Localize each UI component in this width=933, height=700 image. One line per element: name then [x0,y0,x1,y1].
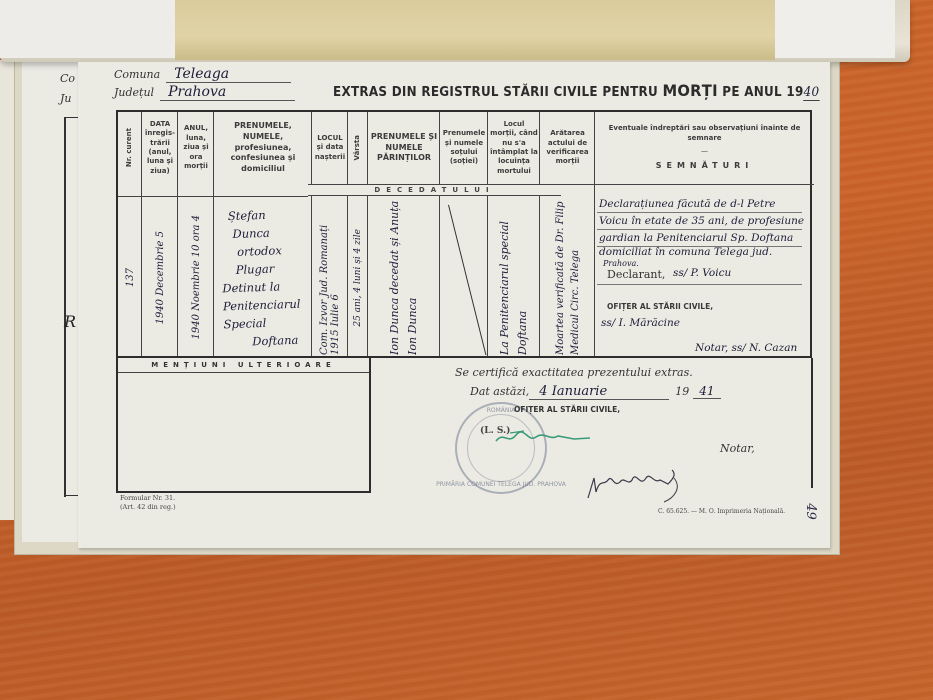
anul-mortii-value: 1940 Noembrie 10 ora 4 [191,215,202,339]
cell-nr-curent: 137 [118,200,142,355]
cell-aratarea: Moartea verificată de Dr. Filip Medicul … [540,200,595,355]
deceased-confession: ortodox [237,241,282,261]
stamp-top-text: ROMÂNIA [487,407,516,414]
mentiuni-ulterioare-box: MENȚIUNI ULTERIOARE [116,358,371,493]
document-title: EXTRAS DIN REGISTRUL STĂRII CIVILE PENTR… [333,81,819,100]
right-frame-border [811,358,813,488]
declaration-line-4: domiciliat în comuna Telega jud. [599,246,772,258]
empty-strike-line [448,205,488,355]
ofiter-label: OFIȚER AL STĂRII CIVILE, [607,302,713,311]
cell-sot [440,200,488,355]
stamp-bottom-text: PRIMĂRIA COMUNEI TELEGA JUD. PRAHOVA [436,481,566,488]
mentiuni-title: MENȚIUNI ULTERIOARE [118,358,369,373]
header-aratarea: Arătarea actului de verificarea morții [540,112,595,184]
deceased-domicile-3: Doftana [252,331,299,351]
flap-white-left [0,0,175,58]
signatures-area: Declarațiunea făcută de d-l Petre Voicu … [595,184,814,360]
declaration-rule-2 [597,229,802,230]
issue-year-value: 41 [693,384,720,399]
page-number: 49 [803,503,818,520]
declaration-line-2: Voicu în etate de 35 ani, de profesiune [599,215,804,227]
left-page-judetul-fragment: Ju [60,92,72,105]
cell-varsta: 25 ani, 4 luni și 4 zile [348,200,368,355]
notar-label: Notar, [720,442,755,455]
header-locul-nasterii: LOCUL și data nașterii [312,112,348,184]
header-anul: ANUL, luna, ziua și ora morții [178,112,214,184]
declarant-rule [597,284,802,285]
title-emphasis: MORȚI [662,81,717,100]
deceased-domicile-2: Special [223,314,266,333]
issue-year-prefix: 19 [675,385,689,398]
locul-mortii-value: La Penitenciarul special Doftana [496,200,532,355]
title-year-handwritten: 40 [804,85,820,101]
header-semnaturi: SEMNĂTURI [656,161,754,172]
title-suffix: PE ANUL 19 [718,85,804,100]
header-observatii-text: Eventuale îndreptări sau observațiuni în… [597,124,812,143]
deceased-first-name: Ștefan [228,206,266,225]
aratarea-value: Moartea verificată de Dr. Filip Medicul … [553,200,583,355]
certify-text: Se certifică exactitatea prezentului ext… [455,366,693,379]
judetul-label: Județul [114,86,154,99]
declaration-rule-1 [597,212,802,213]
judetul-value: Prahova [160,84,295,101]
comuna-value: Teleaga [166,66,291,83]
stamp-inner-ring [467,414,535,482]
ofiter-signature: ss/ I. Mărăcine [601,317,680,329]
header-varsta: Vârsta [348,112,368,184]
left-page-handwritten-mark: R [64,312,76,331]
header-varsta-text: Vârsta [353,135,362,160]
header-rule-left [118,196,308,197]
parinti-value: Ion Dunca decedat și Anuța Ion Dunca [386,200,422,355]
locul-nasterii-value: Com. Izvor Jud. Romanați 1915 Iulie 6 [319,200,341,355]
header-locul-mortii: Locul morții, când nu s'a întâmplat la l… [488,112,540,184]
declarant-label: Declarant, [607,268,665,281]
declaration-line-5: Prahova. [603,259,639,268]
cell-locul-nasterii: Com. Izvor Jud. Romanați 1915 Iulie 6 [312,200,348,355]
certification-ofiter-label: OFIȚER AL STĂRII CIVILE, [514,405,620,414]
declaration-line-1: Declarațiunea făcută de d-l Petre [599,198,775,210]
header-data: DATA înregis-trării (anul, luna și ziua) [142,112,178,184]
official-stamp: ROMÂNIA PRIMĂRIA COMUNEI TELEGA JUD. PRA… [455,402,547,494]
left-page-table-border [64,117,66,497]
deceased-domicile-1: Penitenciarul [223,295,301,316]
issue-date-value: 4 Ianuarie [529,384,669,400]
left-page-comuna-fragment: Co [60,72,75,85]
cell-data-inregistrarii: 1940 Decembrie 5 [142,200,178,355]
notar-signature-row: Notar, ss/ N. Cazan [695,342,797,354]
decedatului-band: DECEDATULUI [308,184,561,196]
form-number-line-2: (Art. 42 din reg.) [120,503,176,512]
judetul-field: Județul Prahova [114,84,295,101]
form-number-line-1: Formular Nr. 31. [120,494,176,503]
folded-top-flap [0,0,910,62]
green-signature-icon [494,427,594,447]
deceased-last-name: Dunca [232,224,270,243]
header-dash: — [701,147,708,156]
death-certificate-extract: Comuna Teleaga Județul Prahova EXTRAS DI… [78,62,830,548]
header-nr-curent: Nr. curent [118,112,142,184]
cell-anul-mortii: 1940 Noembrie 10 ora 4 [178,200,214,355]
header-observatii: Eventuale îndreptări sau observațiuni în… [595,112,814,184]
varsta-value: 25 ani, 4 luni și 4 zile [353,229,363,327]
data-inregistrarii-value: 1940 Decembrie 5 [155,231,166,324]
flap-white-right [775,0,895,58]
issue-date-row: Dat astăzi, 4 Ianuarie 1941 [470,384,721,400]
flap-tan-paper [175,0,775,60]
notar-signature-icon [584,458,694,503]
cell-locul-mortii: La Penitenciarul special Doftana [488,200,540,355]
printer-imprint: C. 65.625. — M. O. Imprimeria Națională. [658,508,785,515]
deceased-status: Detinut la [222,277,281,297]
dat-label: Dat astăzi, [470,385,529,398]
nr-curent-value: 137 [125,268,136,287]
header-sot: Prenumele și numele soțului (soției) [440,112,488,184]
declarant-signature: ss/ P. Voicu [673,267,731,279]
title-prefix: EXTRAS DIN REGISTRUL STĂRII CIVILE PENTR… [333,85,662,100]
cell-prenumele: Ștefan Dunca ortodox Plugar Detinut la P… [211,198,314,356]
header-nr-curent-text: Nr. curent [125,128,134,167]
cell-parinti: Ion Dunca decedat și Anuța Ion Dunca [368,200,440,355]
comuna-field: Comuna Teleaga [114,66,291,83]
header-prenumele: PRENUMELE, NUMELE, profesiunea, confesiu… [214,112,312,184]
header-parinti: PRENUMELE ȘI NUMELE PĂRINȚILOR [368,112,440,184]
declaration-line-3: gardian la Penitenciarul Sp. Doftana [599,232,793,244]
deceased-profession: Plugar [235,260,274,279]
form-number: Formular Nr. 31. (Art. 42 din reg.) [120,494,176,512]
registry-table: Nr. curent DATA înregis-trării (anul, lu… [116,110,812,358]
comuna-label: Comuna [114,68,160,81]
